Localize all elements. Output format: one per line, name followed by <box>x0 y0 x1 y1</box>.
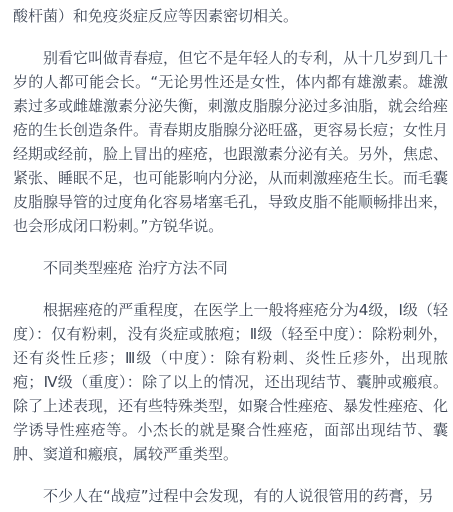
section-heading: 不同类型痤疮 治疗方法不同 <box>13 256 448 280</box>
article-body: 酸杆菌）和免疫炎症反应等因素密切相关。 别看它叫做青春痘，但它不是年轻人的专利，… <box>0 0 453 508</box>
paragraph-treatment-intro: 不少人在“战痘”过程中会发现，有的人说很管用的药膏，另 <box>13 484 448 508</box>
paragraph-severity-grades: 根据痤疮的严重程度，在医学上一般将痤疮分为4级，Ⅰ级（轻度）：仅有粉刺，没有炎症… <box>13 298 448 466</box>
paragraph-causes: 别看它叫做青春痘，但它不是年轻人的专利，从十几岁到几十岁的人都可能会长。“无论男… <box>13 46 448 238</box>
article-page: 酸杆菌）和免疫炎症反应等因素密切相关。 别看它叫做青春痘，但它不是年轻人的专利，… <box>0 0 453 512</box>
paragraph-continuation: 酸杆菌）和免疫炎症反应等因素密切相关。 <box>13 4 448 28</box>
